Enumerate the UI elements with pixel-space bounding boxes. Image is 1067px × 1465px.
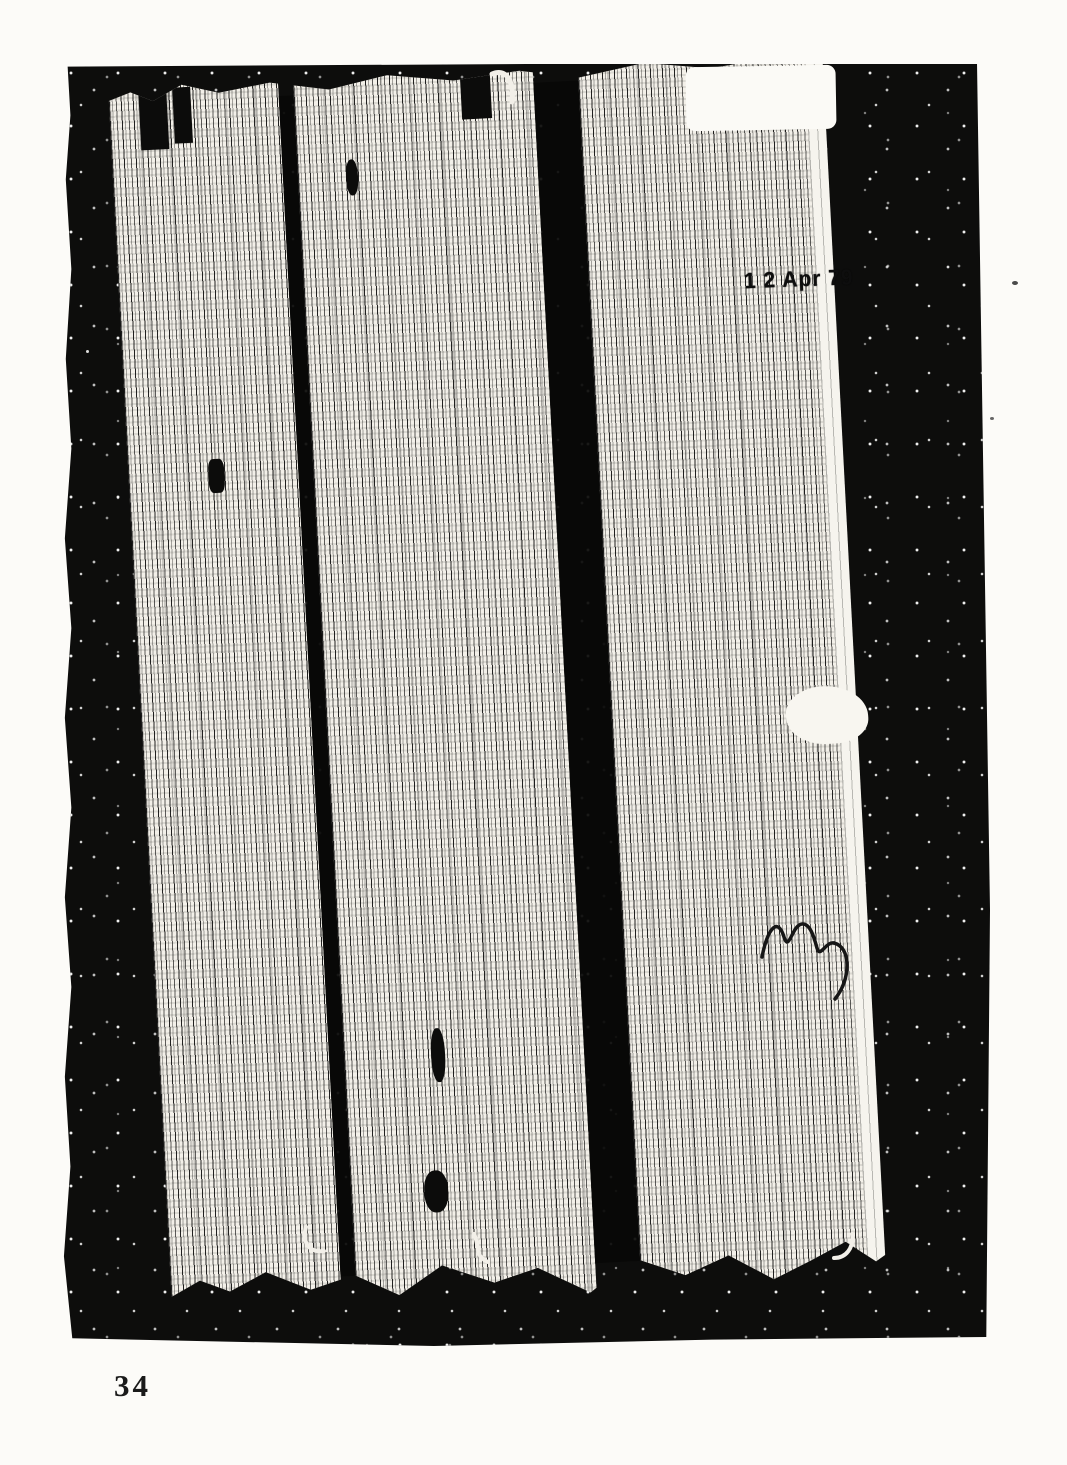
date-stamp: 1 2 Apr 79 xyxy=(744,265,854,294)
handwritten-squiggle-icon xyxy=(752,893,882,1008)
torn-strip-curl-icon xyxy=(470,1232,496,1266)
missing-strip-mark xyxy=(172,87,193,144)
scanned-document-photo: S E C R E T 121642 APR 79 STA CITE LONDO… xyxy=(63,64,990,1346)
scan-speck xyxy=(86,350,89,353)
blank-label-sticker xyxy=(685,65,836,132)
page-number: 34 xyxy=(114,1368,151,1404)
torn-strip-curl-icon xyxy=(486,64,522,106)
torn-strip-curl-icon xyxy=(832,1232,858,1264)
scan-speck xyxy=(990,417,994,420)
missing-strip-mark xyxy=(138,83,169,150)
shredded-strips-area xyxy=(108,48,907,1330)
page-background: S E C R E T 121642 APR 79 STA CITE LONDO… xyxy=(0,0,1067,1465)
ink-blot-mark xyxy=(208,459,226,494)
scan-speck xyxy=(1012,281,1018,285)
torn-strip-curl-icon xyxy=(300,1225,330,1259)
